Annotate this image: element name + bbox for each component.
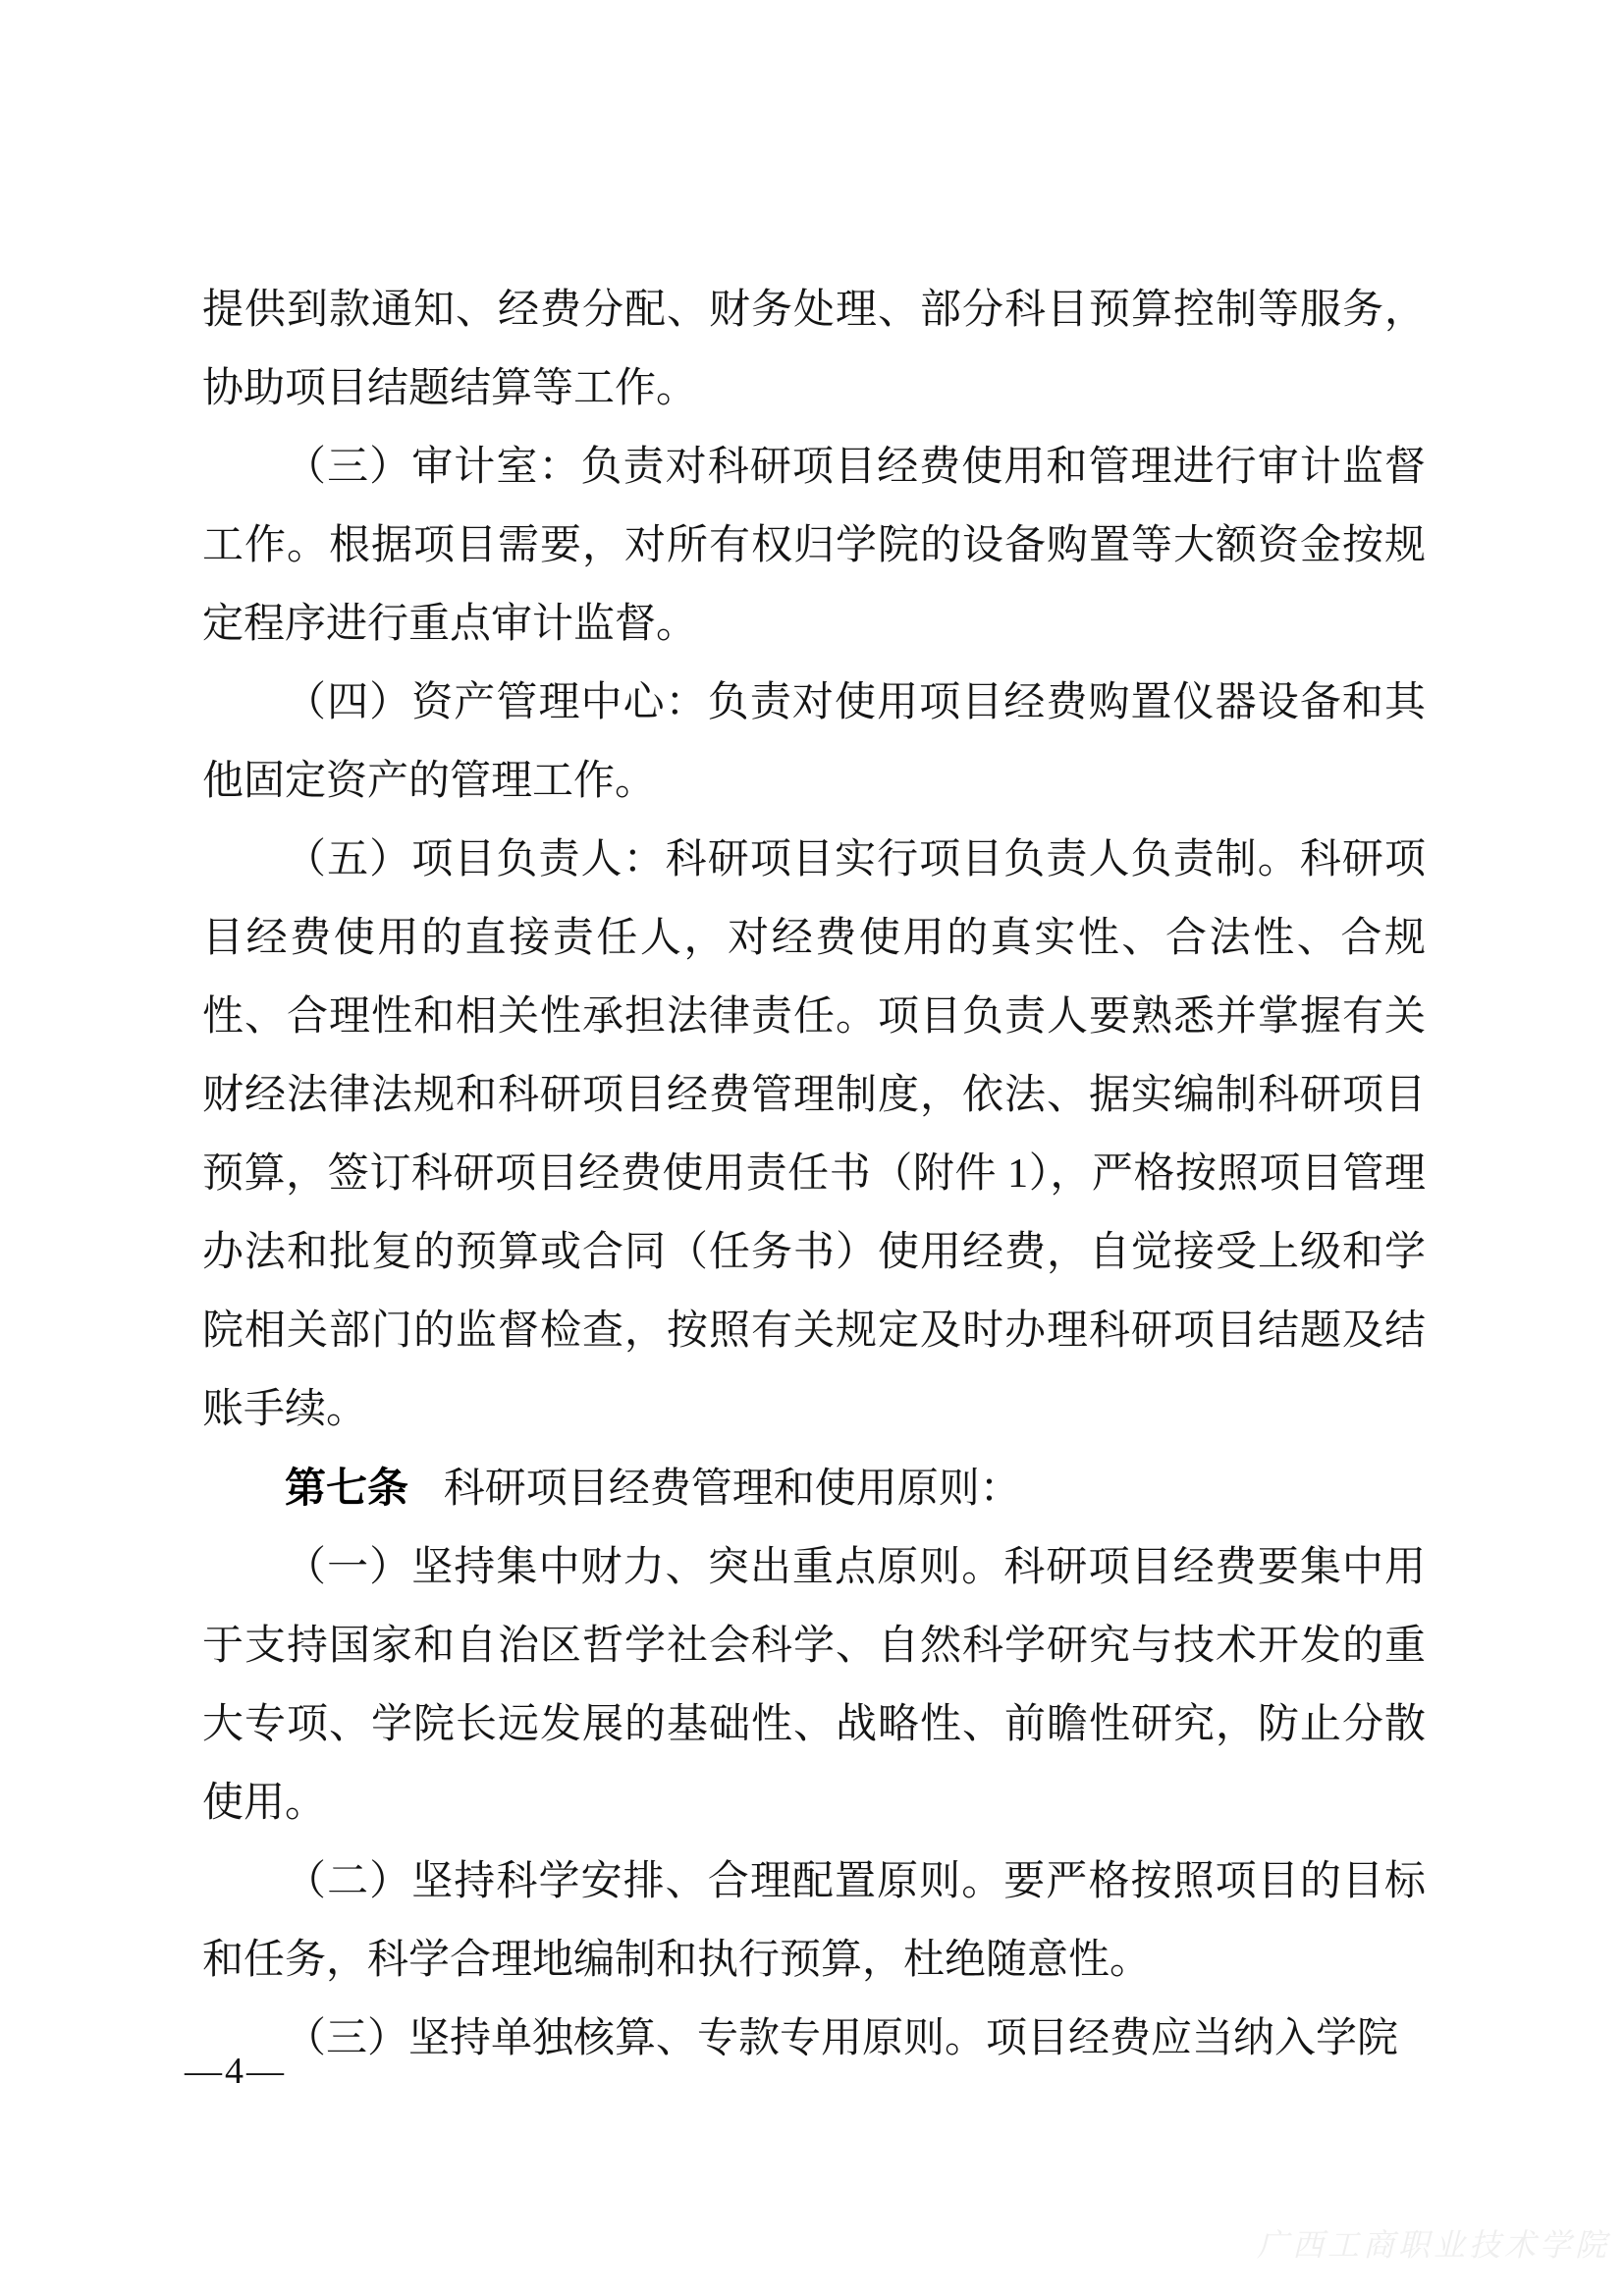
watermark: 广西工商职业技术学院: [1257, 2220, 1610, 2266]
document-body: 提供到款通知、经费分配、财务处理、部分科目预算控制等服务，协助项目结题结算等工作…: [202, 271, 1426, 2078]
paragraph-item-5-project-leader: （五）项目负责人：科研项目实行项目负责人负责制。科研项目经费使用的直接责任人，对…: [202, 821, 1426, 1449]
paragraph-article-7: 第七条科研项目经费管理和使用原则：: [202, 1449, 1426, 1528]
paragraph-principle-3: （三）坚持单独核算、专款专用原则。项目经费应当纳入学院: [202, 2000, 1426, 2078]
page-number: —4—: [185, 2050, 287, 2093]
document-page: 提供到款通知、经费分配、财务处理、部分科目预算控制等服务，协助项目结题结算等工作…: [0, 0, 1624, 2296]
article-7-text: 科研项目经费管理和使用原则：: [444, 1467, 1021, 1512]
paragraph-principle-2: （二）坚持科学安排、合理配置原则。要严格按照项目的目标和任务，科学合理地编制和执…: [202, 1842, 1426, 2000]
paragraph-continuation: 提供到款通知、经费分配、财务处理、部分科目预算控制等服务，协助项目结题结算等工作…: [202, 271, 1426, 428]
paragraph-item-4-asset-center: （四）资产管理中心：负责对使用项目经费购置仪器设备和其他固定资产的管理工作。: [202, 664, 1426, 821]
article-7-heading: 第七条: [285, 1465, 408, 1511]
paragraph-principle-1: （一）坚持集中财力、突出重点原则。科研项目经费要集中用于支持国家和自治区哲学社会…: [202, 1528, 1426, 1842]
paragraph-item-3-audit-office: （三）审计室：负责对科研项目经费使用和管理进行审计监督工作。根据项目需要，对所有…: [202, 428, 1426, 664]
